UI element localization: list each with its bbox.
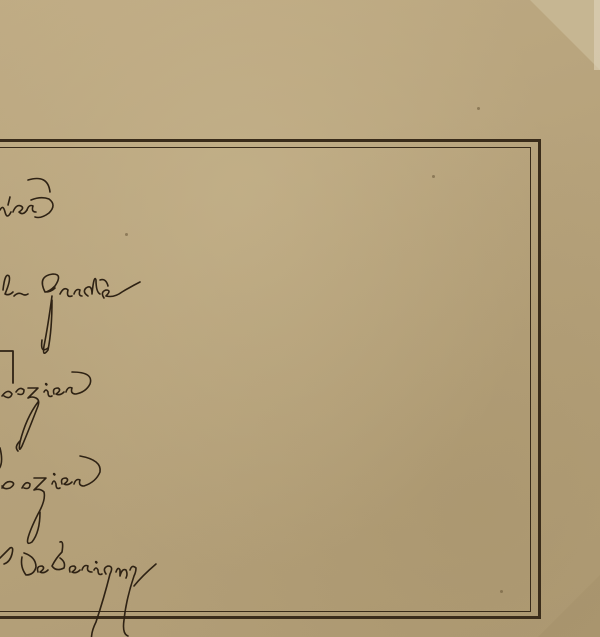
paper-speck	[477, 107, 480, 110]
aged-paper-page: …ier …le Garde …ozier …ozier …de Sérigny	[0, 0, 600, 637]
folded-corner-bottom-right	[538, 575, 600, 637]
paper-speck	[125, 233, 128, 236]
paper-speck	[500, 590, 503, 593]
folded-corner-top-right	[530, 0, 600, 70]
paper-speck	[432, 175, 435, 178]
